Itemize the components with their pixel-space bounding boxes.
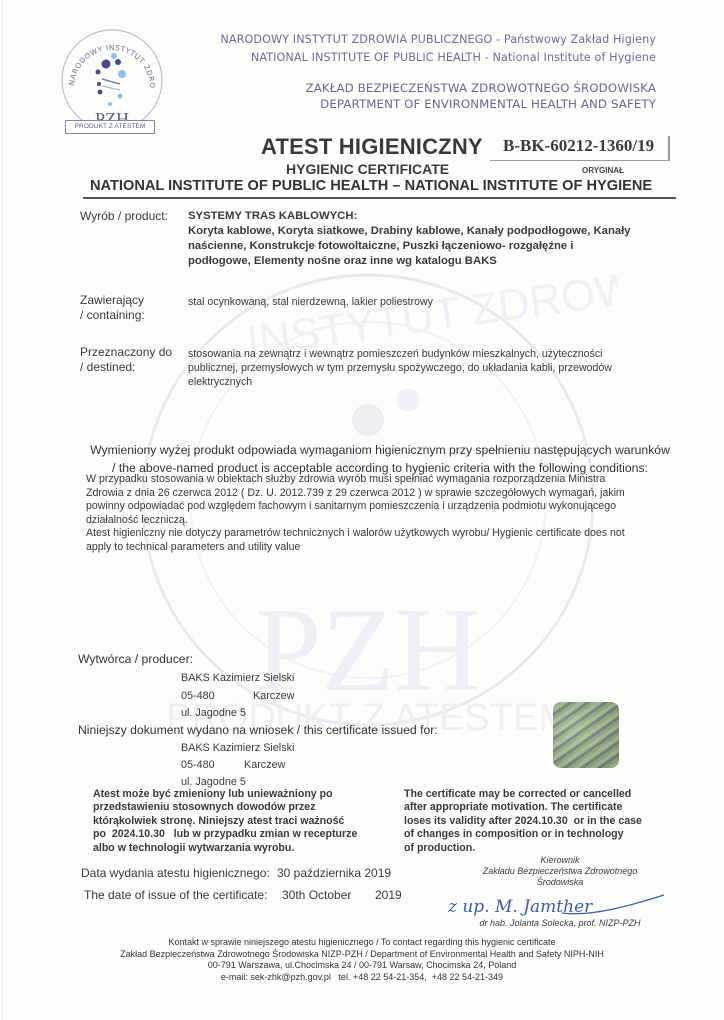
- destined-label-en: / destined:: [80, 360, 172, 375]
- notice-line: The certificate may be corrected or canc…: [404, 788, 694, 801]
- notice-line: after appropriate motivation. The certif…: [404, 801, 694, 814]
- containing-label-en: / containing:: [80, 308, 145, 323]
- destined-label-pl: Przeznaczony do: [80, 345, 172, 360]
- validity-notice-pl: Atest może być zmieniony lub unieważnion…: [93, 788, 393, 855]
- issue-date-value-en-year: 2019: [375, 888, 402, 902]
- product-line: SYSTEMY TRAS KABLOWYCH:: [188, 209, 678, 224]
- producer-city: Karczew: [253, 690, 294, 702]
- product-label: Wyrób / product:: [80, 209, 168, 224]
- containing-label-pl: Zawierający: [80, 293, 145, 308]
- issued-for-postal-code: 05-480: [181, 759, 215, 771]
- notice-line: loses its validity after 2024.10.30 or i…: [404, 815, 694, 828]
- notice-line: Atest może być zmieniony lub unieważnion…: [93, 788, 393, 801]
- footer-line: Kontakt w sprawie niniejszego atestu hig…: [60, 937, 664, 949]
- condition-line: działalność leczniczą.: [86, 514, 686, 528]
- issued-for-street: ul. Jagodne 5: [181, 776, 246, 788]
- producer-street: ul. Jagodne 5: [181, 707, 246, 719]
- producer-postal-code: 05-480: [181, 690, 215, 702]
- containing-value: stal ocynkowaną, stal nierdzewną, lakier…: [188, 295, 678, 309]
- issue-date-value-en-day: 30th October: [282, 888, 351, 902]
- hologram-sticker: [553, 702, 619, 768]
- condition-line: powinny odpowiadać pod względem fachowym…: [86, 500, 686, 514]
- destined-line: publicznej, przemysłowych w tym przemysł…: [188, 361, 678, 375]
- issued-for-label: Niniejszy dokument wydano na wniosek / t…: [78, 723, 438, 737]
- containing-label: Zawierający / containing:: [80, 293, 145, 323]
- department-name-pl: ZAKŁAD BEZPIECZEŃSTWA ZDROWOTNEGO ŚRODOW…: [306, 81, 656, 95]
- destined-value: stosowania na zewnątrz i wewnątrz pomies…: [188, 347, 678, 389]
- product-line: Koryta kablowe, Koryta siatkowe, Drabiny…: [188, 224, 678, 239]
- department-name-en: DEPARTMENT OF ENVIRONMENTAL HEALTH AND S…: [320, 97, 656, 111]
- destined-line: elektrycznych: [188, 375, 678, 389]
- signatory-title: Kierownik Zakładu Bezpieczeństwa Zdrowot…: [430, 855, 690, 888]
- institute-name-pl: NARODOWY INSTYTUT ZDROWIA PUBLICZNEGO - …: [220, 33, 656, 46]
- validity-notice-en: The certificate may be corrected or canc…: [404, 788, 694, 855]
- conditions-heading: Wymieniony wyżej produkt odpowiada wymag…: [80, 441, 680, 477]
- pzh-logo: NARODOWY INSTYTUT ZDROWIA PUBLICZNEGO PZ…: [58, 26, 166, 134]
- document-subtitle: HYGIENIC CERTIFICATE: [286, 161, 449, 177]
- issuer-line: NATIONAL INSTITUTE OF PUBLIC HEALTH – NA…: [90, 178, 652, 194]
- signatory-position: Kierownik: [430, 855, 690, 866]
- document-title: ATEST HIGIENICZNY: [261, 134, 483, 160]
- notice-line: którąkolwiek stronę. Niniejszy atest tra…: [93, 815, 393, 828]
- issue-date-value-pl: 30 października 2019: [277, 866, 391, 880]
- svg-text:NARODOWY INSTYTUT ZDROWIA PUBL: NARODOWY INSTYTUT ZDROWIA PUBLICZNEGO: [58, 26, 157, 89]
- contact-footer: Kontakt w sprawie niniejszego atestu hig…: [60, 937, 664, 983]
- notice-line: albo w technologii wytwarzania wyrobu.: [93, 842, 393, 855]
- conditions-heading-pl: Wymieniony wyżej produkt odpowiada wymag…: [80, 441, 680, 459]
- footer-line: e-mail: sek-zhk@pzh.gov.pl tel. +48 22 5…: [60, 972, 664, 984]
- condition-line: apply to technical parameters and utilit…: [86, 541, 686, 555]
- handwritten-signature: z up. M. Jamther: [442, 893, 672, 919]
- issue-date-label-en: The date of issue of the certificate:: [84, 888, 267, 902]
- condition-line: W przypadku stosowania w obiektach służb…: [86, 473, 686, 487]
- destined-line: stosowania na zewnątrz i wewnątrz pomies…: [188, 347, 678, 361]
- conditions-body: W przypadku stosowania w obiektach służb…: [86, 473, 686, 555]
- signatory-unit: Zakładu Bezpieczeństwa Zdrowotnego: [430, 866, 690, 877]
- notice-line: po 2024.10.30 lub w przypadku zmian w re…: [93, 828, 393, 841]
- signatory-unit: Środowiska: [430, 877, 690, 888]
- copy-type-label: ORYGINAŁ: [582, 166, 624, 175]
- destined-label: Przeznaczony do / destined:: [80, 345, 172, 375]
- issue-date-label-pl: Data wydania atestu higienicznego:: [81, 866, 270, 880]
- footer-line: Zakład Bezpieczeństwa Zdrowotnego Środow…: [60, 949, 664, 961]
- notice-line: of production.: [404, 842, 694, 855]
- notice-line: przedstawieniu stosownych dowodów przez: [93, 801, 393, 814]
- product-line: podłogowe, Elementy nośne oraz inne wg k…: [188, 254, 678, 269]
- notice-line: of changes in composition or in technolo…: [404, 828, 694, 841]
- certificate-number: B-BK-60212-1360/19: [503, 136, 654, 156]
- condition-line: Atest higieniczny nie dotyczy parametrów…: [86, 527, 686, 541]
- logo-badge: PRODUKT Z ATESTEM: [65, 120, 155, 134]
- scan-edge: [2, 0, 3, 1020]
- condition-line: Zdrowia z dnia 26 czerwca 2012 ( Dz. U. …: [86, 487, 686, 501]
- issued-for-city: Karczew: [244, 759, 285, 771]
- producer-label: Wytwórca / producer:: [78, 652, 193, 666]
- title-divider: [83, 197, 676, 199]
- producer-name: BAKS Kazimierz Sielski: [181, 672, 294, 684]
- product-description: SYSTEMY TRAS KABLOWYCH: Koryta kablowe, …: [188, 209, 678, 269]
- institute-name-en: NATIONAL INSTITUTE OF PUBLIC HEALTH - Na…: [251, 51, 656, 64]
- signer-name: dr hab. Jolanta Solecka, prof. NIZP-PZH: [430, 918, 690, 928]
- product-line: naścienne, Konstrukcje fotowoltaiczne, P…: [188, 239, 678, 254]
- issued-for-name: BAKS Kazimierz Sielski: [181, 742, 294, 754]
- footer-line: 00-791 Warszawa, ul.Chocimska 24 / 00-79…: [60, 960, 664, 972]
